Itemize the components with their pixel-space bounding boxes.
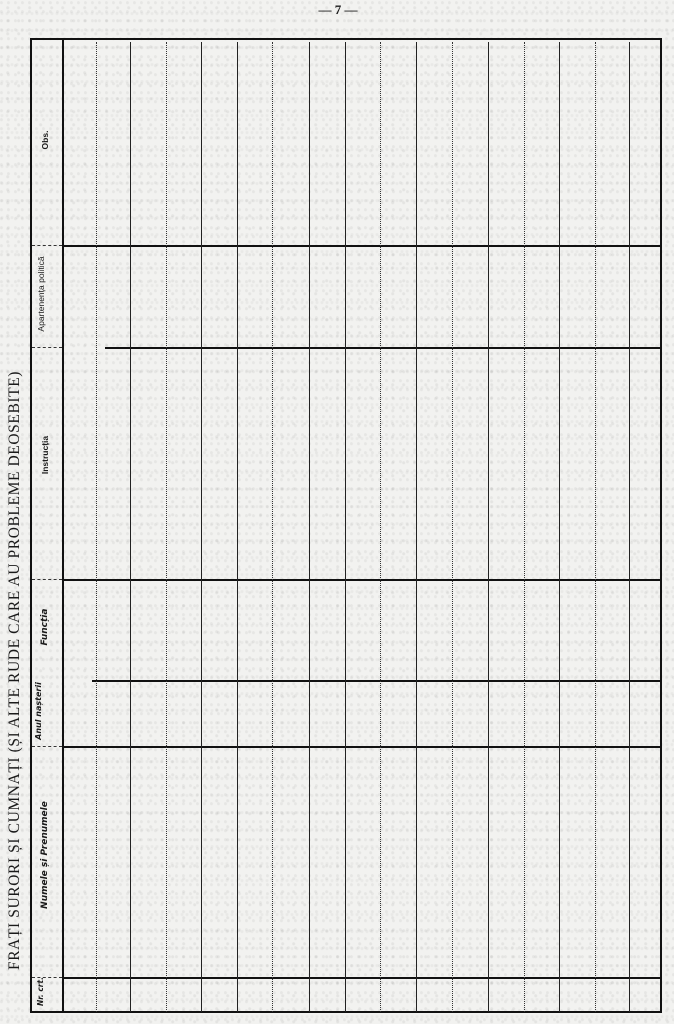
row-divider: [201, 42, 202, 1012]
header-nume-prenume: Numele și Prenumele: [40, 750, 50, 960]
header-anul-nasterii: Anul nașterii: [34, 682, 44, 740]
row-divider: [629, 42, 630, 1012]
row-divider: [166, 42, 167, 1012]
column-divider-apartenenta: [105, 347, 660, 349]
row-divider: [237, 42, 238, 1012]
row-divider: [309, 42, 310, 1012]
column-divider-anul: [64, 746, 660, 748]
row-divider: [96, 42, 97, 1012]
row-divider: [595, 42, 596, 1012]
header-sep: [32, 746, 62, 747]
row-divider: [130, 42, 131, 1012]
row-divider: [272, 42, 273, 1012]
table-bottom-border: [30, 1011, 662, 1013]
header-apartenenta-politica: Apartenența politică: [36, 248, 46, 340]
row-divider: [416, 42, 417, 1012]
row-divider: [452, 42, 453, 1012]
column-divider-instructia: [64, 579, 660, 581]
row-divider: [488, 42, 489, 1012]
form-title: FRAȚI SURORI ȘI CUMNAȚI (ȘI ALTE RUDE CA…: [0, 220, 30, 1020]
header-instructia: Instrucția: [40, 340, 50, 570]
row-divider: [380, 42, 381, 1012]
header-nr-crt: Nr. crt.: [36, 980, 45, 1006]
column-divider-nume: [64, 977, 660, 979]
row-divider: [345, 42, 346, 1012]
table-frame: [30, 38, 662, 1013]
row-divider: [524, 42, 525, 1012]
row-divider: [559, 42, 560, 1012]
header-obs: Obs.: [40, 40, 50, 240]
column-divider-functia: [92, 680, 660, 682]
column-divider-obs: [64, 245, 660, 247]
page-number: — 7 —: [318, 2, 358, 18]
header-sep: [32, 579, 62, 580]
header-border: [62, 40, 64, 1012]
header-sep: [32, 245, 62, 246]
header-functia: Funcția: [40, 582, 50, 672]
